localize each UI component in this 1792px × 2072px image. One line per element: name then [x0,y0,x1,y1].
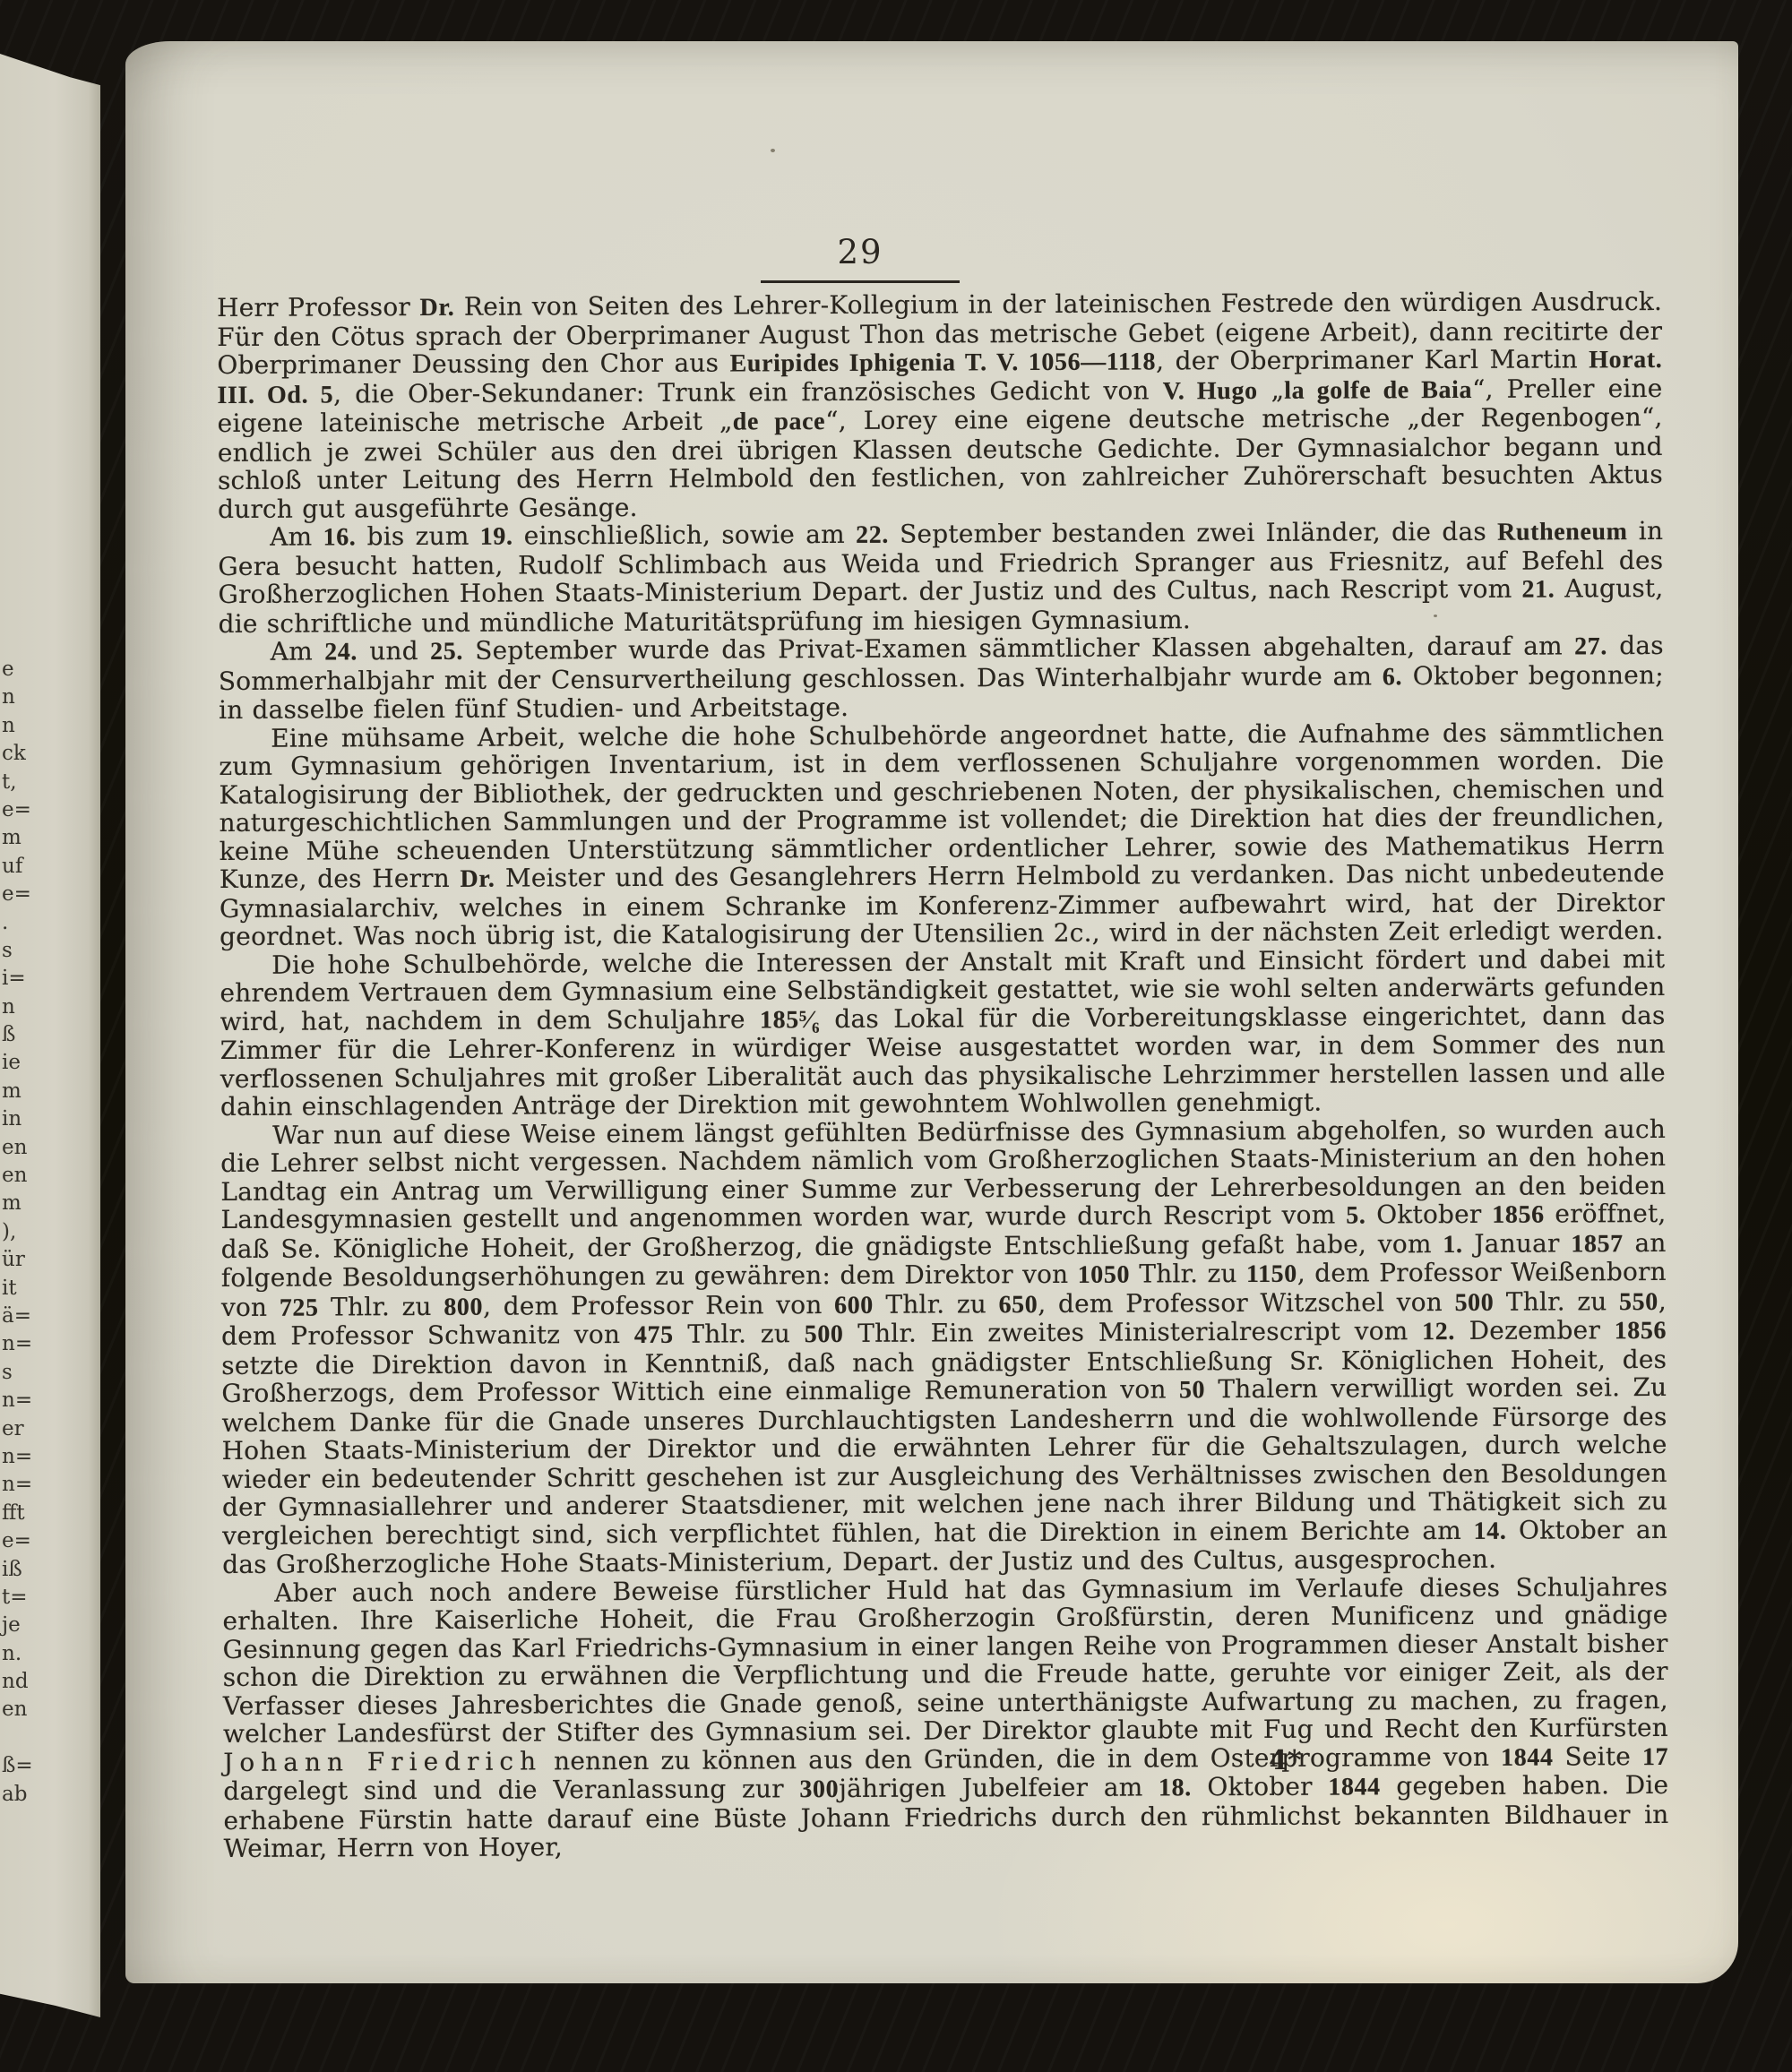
paragraph: Aber auch noch andere Beweise fürstliche… [222,1572,1668,1862]
paper-speck [1434,615,1437,617]
edge-text-fragment: it [2,1275,38,1303]
text-run: Thlr. zu [874,1289,999,1320]
paragraph: War nun auf diese Weise einem längst gef… [220,1114,1667,1578]
edge-text-fragment: ß= [2,1752,38,1780]
text-run: 1050 [1078,1261,1131,1289]
text-run: 5. [1346,1201,1366,1229]
text-run: und [358,636,430,666]
paper-speck [591,1300,595,1303]
text-run: 27. [1574,632,1607,660]
edge-text-fragment: en [2,1134,38,1162]
edge-text-fragment: in [2,1105,38,1133]
previous-page-text-fragments: ennckt,e=mufe=.si=nßieminenenm),üritä=n=… [2,656,38,1809]
text-run: Euripides Iphigenia T. V. 1056—1118 [730,348,1157,377]
edge-text-fragment: n= [2,1443,38,1471]
edge-text-fragment: e [2,656,38,684]
text-run: 19. [480,523,513,551]
text-run: 475 [634,1321,674,1349]
text-run: „ [1258,374,1285,404]
edge-text-fragment: nd [2,1668,38,1696]
edge-text-fragment: ab [2,1781,38,1809]
edge-text-fragment: fft [2,1500,38,1527]
text-run: 18. [1159,1774,1192,1801]
text-run: 14. [1474,1517,1507,1544]
edge-text-fragment: ck [2,740,38,768]
paragraph: Am 16. bis zum 19. einschließlich, sowie… [218,517,1664,638]
text-run: 800 [444,1293,483,1320]
edge-text-fragment: n= [2,1330,38,1358]
text-run: 25. [430,638,463,666]
paragraph: Die hohe Schulbehörde, welche die Intere… [220,944,1666,1121]
text-run: Aber auch noch andere Beweise fürstliche… [222,1571,1668,1749]
edge-text-fragment: m [2,824,38,852]
text-run: , der Oberprimaner Karl Martin [1156,344,1589,375]
edge-text-fragment [2,1724,38,1752]
edge-text-fragment: je [2,1612,38,1639]
text-run: Dezember [1455,1315,1615,1346]
text-run: bis zum [356,521,480,552]
edge-text-fragment: t= [2,1584,38,1612]
text-run: Am [270,521,323,551]
text-run: 12. [1422,1318,1455,1346]
text-run: 300 [799,1775,839,1803]
book-gutter-fold [99,50,129,1990]
text-run: 6. [1383,663,1402,691]
text-run: jährigen Jubelfeier am [839,1772,1159,1803]
text-run: , dem Professor Witzschel von [1038,1286,1454,1318]
text-run: , dem Professor Rein von [483,1290,834,1321]
text-run: 16. [323,523,356,551]
edge-text-fragment: n [2,684,38,711]
text-run: Johann Friedrich [223,1746,542,1777]
text-run: 1856 [1615,1317,1667,1345]
edge-text-fragment: . [2,909,38,937]
edge-text-fragment: ä= [2,1303,38,1330]
paper-speck [771,149,775,152]
text-run: Thlr. zu [1130,1259,1246,1289]
text-run: 1856 [1492,1201,1545,1229]
edge-text-fragment: iß [2,1556,38,1584]
text-run: 21. [1521,575,1555,603]
text-run: 600 [834,1291,874,1319]
edge-text-fragment: e= [2,796,38,824]
text-run: 50 [1179,1376,1205,1404]
text-run: Dr. [460,865,495,893]
text-run: Thlr. zu [319,1291,444,1321]
page-number-rule [761,280,960,283]
text-run: , die Ober-Sekundaner: Trunk ein französ… [333,375,1163,408]
text-run: Thlr. zu [1494,1286,1619,1317]
text-run: 1844 [1328,1773,1381,1801]
text-run: 650 [998,1291,1038,1319]
text-run: Thlr. Ein zweites Ministerialrescript vo… [843,1316,1422,1348]
text-run: nennen zu können aus den Gründen, die in… [542,1741,1501,1775]
edge-text-fragment: n= [2,1471,38,1499]
previous-page-edge: ennckt,e=mufe=.si=nßieminenenm),üritä=n=… [0,54,100,2017]
book-page: 29 Herr Professor Dr. Rein von Seiten de… [125,41,1738,1983]
text-run: Oktober [1192,1772,1329,1802]
text-run: Herr Professor [217,292,420,322]
edge-text-fragment: e= [2,1527,38,1555]
edge-text-fragment: t, [2,769,38,796]
edge-text-fragment: ), [2,1218,38,1246]
page-number: 29 [125,233,1595,271]
text-run: 550 [1619,1287,1658,1315]
edge-text-fragment: i= [2,965,38,993]
text-run: Thlr. zu [674,1319,805,1349]
page-header: 29 [125,233,1595,283]
text-run: einschließlich, sowie am [513,520,857,551]
edge-text-fragment: s [2,937,38,965]
text-run: Seite [1553,1741,1642,1771]
edge-text-fragment: uf [2,853,38,881]
edge-text-fragment: ß [2,1021,38,1049]
page-text-block: Herr Professor Dr. Rein von Seiten des L… [217,288,1669,1863]
text-run: Oktober [1366,1199,1492,1230]
edge-text-fragment: e= [2,881,38,908]
edge-text-fragment: en [2,1696,38,1724]
text-run: 1150 [1246,1260,1297,1288]
edge-text-fragment: ie [2,1049,38,1077]
edge-text-fragment: n. [2,1640,38,1668]
text-run: la golfe de Baia [1284,375,1472,404]
text-run: 1844 [1501,1743,1554,1771]
text-run: September bestanden zwei Inländer, die d… [889,517,1497,549]
edge-text-fragment: ür [2,1246,38,1274]
edge-text-fragment: n [2,993,38,1021]
text-run: 17 [1642,1742,1668,1770]
edge-text-fragment: en [2,1162,38,1190]
text-run: 1. [1443,1230,1462,1258]
paragraph: Am 24. und 25. September wurde das Priva… [219,632,1664,725]
edge-text-fragment: er [2,1415,38,1443]
text-run: Am [271,636,325,666]
scanned-book-page: ennckt,e=mufe=.si=nßieminenenm),üritä=n=… [0,0,1792,2072]
text-run: 500 [1454,1288,1494,1316]
edge-text-fragment: m [2,1078,38,1105]
edge-text-fragment: m [2,1190,38,1217]
paragraph: Eine mühsame Arbeit, welche die hohe Sch… [219,718,1665,950]
text-run: de pace [733,408,826,435]
text-run: Dr. [419,294,454,322]
text-run: 22. [856,521,889,549]
text-run: 500 [805,1320,844,1348]
text-run: Januar [1463,1228,1572,1259]
text-run: 725 [280,1294,319,1321]
edge-text-fragment: n= [2,1387,38,1414]
text-run: 1857 [1571,1230,1624,1258]
edge-text-fragment: n [2,712,38,740]
paragraph: Herr Professor Dr. Rein von Seiten des L… [217,288,1663,523]
text-run: V. Hugo [1163,376,1258,404]
text-run: dargelegt sind und die Veranlassung zur [223,1774,799,1806]
printers-signature-mark: 4* [1269,1745,1302,1776]
text-run: Rutheneum [1497,518,1628,546]
text-run: 185⁵⁄₆ [760,1006,820,1034]
text-run: 24. [324,638,358,666]
edge-text-fragment: s [2,1359,38,1387]
